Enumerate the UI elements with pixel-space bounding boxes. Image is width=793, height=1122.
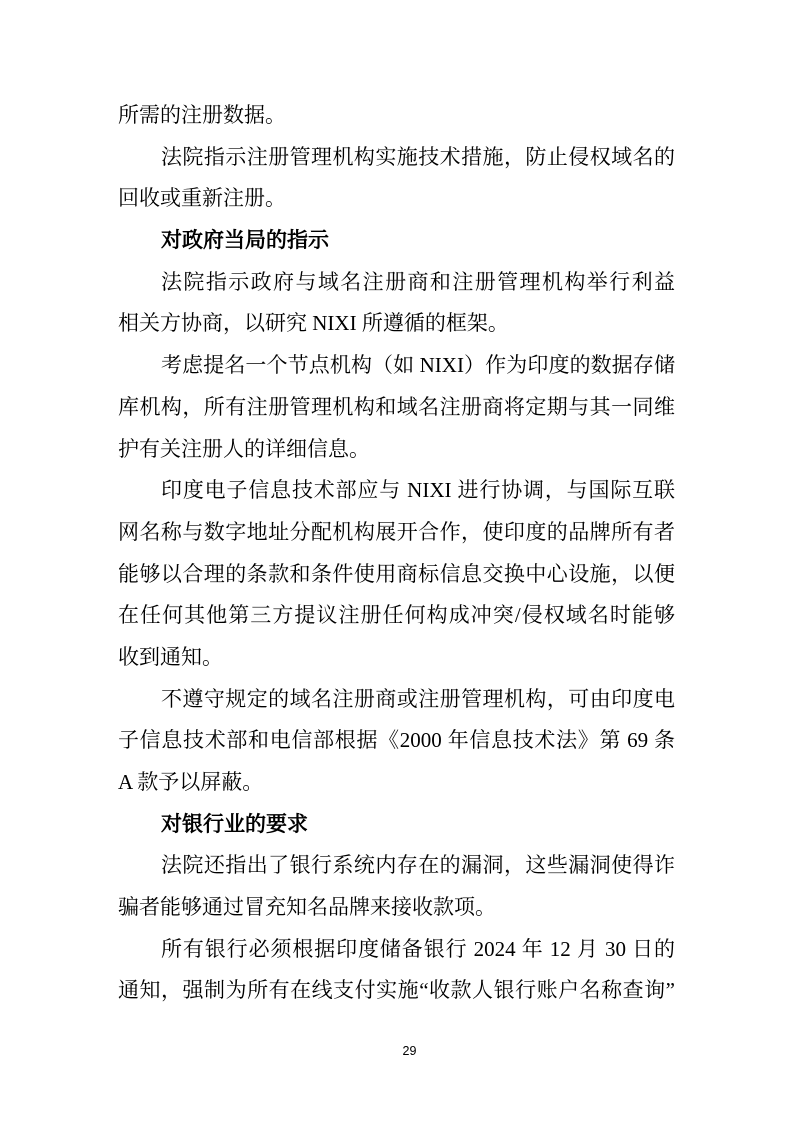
text-line: 骗者能够通过冒充知名品牌来接收款项。: [118, 887, 675, 929]
text-line: 法院还指出了银行系统内存在的漏洞，这些漏洞使得诈: [118, 845, 675, 887]
text-line: 能够以合理的条款和条件使用商标信息交换中心设施，以便: [118, 554, 675, 596]
text-line: 相关方协商，以研究 NIXI 所遵循的框架。: [118, 303, 675, 345]
text-line: 网名称与数字地址分配机构展开合作，使印度的品牌所有者: [118, 512, 675, 554]
section-heading: 对银行业的要求: [118, 804, 675, 846]
text-line: 回收或重新注册。: [118, 178, 675, 220]
document-page: 所需的注册数据。法院指示注册管理机构实施技术措施，防止侵权域名的回收或重新注册。…: [0, 0, 793, 1122]
text-line: 在任何其他第三方提议注册任何构成冲突/侵权域名时能够: [118, 595, 675, 637]
page-footer: 29: [0, 1042, 793, 1060]
page-number: 29: [403, 1044, 417, 1058]
text-line: 印度电子信息技术部应与 NIXI 进行协调，与国际互联: [118, 470, 675, 512]
text-line: 收到通知。: [118, 637, 675, 679]
text-line: 法院指示政府与域名注册商和注册管理机构举行利益: [118, 262, 675, 304]
text-line: 库机构，所有注册管理机构和域名注册商将定期与其一同维: [118, 387, 675, 429]
text-line: 护有关注册人的详细信息。: [118, 429, 675, 471]
section-heading: 对政府当局的指示: [118, 220, 675, 262]
text-line: 不遵守规定的域名注册商或注册管理机构，可由印度电: [118, 679, 675, 721]
text-line: 考虑提名一个节点机构（如 NIXI）作为印度的数据存储: [118, 345, 675, 387]
text-line: 通知，强制为所有在线支付实施“收款人银行账户名称查询”: [118, 970, 675, 1012]
text-line: 所需的注册数据。: [118, 95, 675, 137]
text-content: 所需的注册数据。法院指示注册管理机构实施技术措施，防止侵权域名的回收或重新注册。…: [118, 95, 675, 1012]
text-line: A 款予以屏蔽。: [118, 762, 675, 804]
text-line: 所有银行必须根据印度储备银行 2024 年 12 月 30 日的: [118, 929, 675, 971]
text-line: 子信息技术部和电信部根据《2000 年信息技术法》第 69 条: [118, 720, 675, 762]
text-line: 法院指示注册管理机构实施技术措施，防止侵权域名的: [118, 137, 675, 179]
